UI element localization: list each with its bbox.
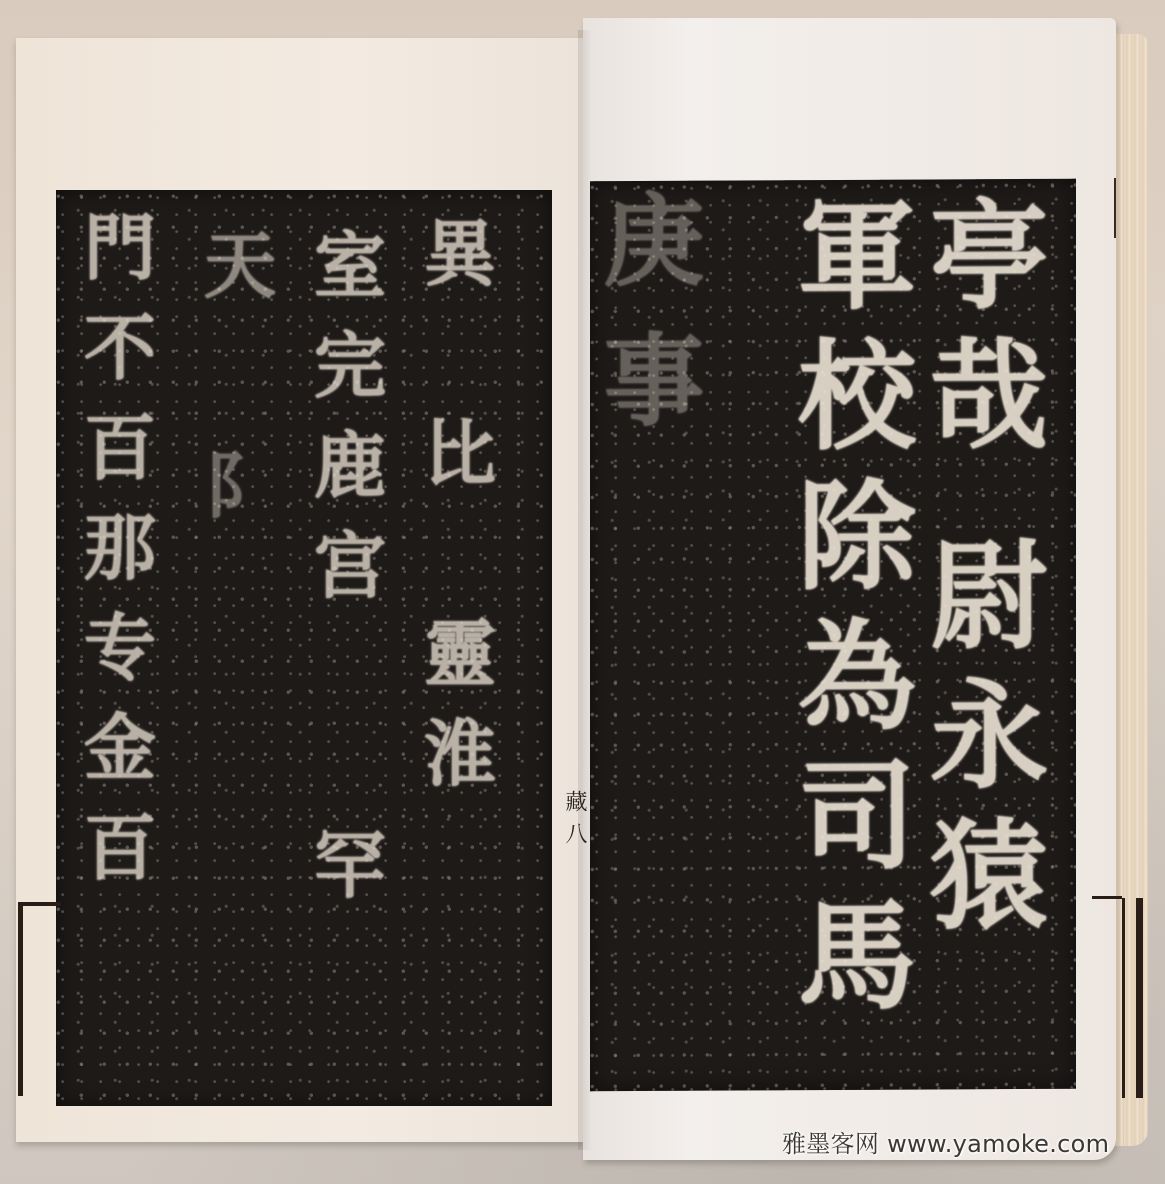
rubbing-glyph: 司 (798, 758, 916, 877)
binding-line (1122, 898, 1125, 1098)
rubbing-glyph: 不 (84, 312, 156, 384)
rubbing-glyph: 靈 (424, 618, 496, 690)
rubbing-glyph: 為 (798, 618, 916, 737)
rubbing-glyph: 亭 (930, 197, 1048, 316)
right-rubbing-panel: 庚 事 軍 校 除 為 司 馬 亭 哉 尉 永 猿 (590, 179, 1076, 1092)
rubbing-glyph: 事 (604, 331, 704, 432)
left-rubbing-panel: 門 不 百 那 专 金 百 天 阝 室 完 鹿 宫 罕 異 比 靈 淮 (56, 190, 552, 1106)
rubbing-glyph: 異 (424, 218, 496, 290)
left-rubbing-column-3: 室 完 鹿 宫 罕 (314, 230, 386, 930)
rubbing-glyph: 軍 (798, 198, 916, 317)
rubbing-glyph: 罕 (314, 830, 386, 902)
rubbing-glyph: 鹿 (314, 430, 386, 502)
right-rubbing-column-faint: 庚 事 (604, 191, 704, 472)
rubbing-glyph: 校 (798, 338, 916, 457)
rubbing-glyph: 室 (314, 230, 386, 302)
rubbing-glyph: 专 (84, 612, 156, 684)
rubbing-glyph: 尉 (930, 537, 1048, 656)
rubbing-glyph: 馬 (798, 898, 916, 1017)
left-rubbing-column-1: 門 不 百 那 专 金 百 (84, 212, 156, 912)
left-rubbing-column-2: 天 阝 (204, 230, 276, 550)
rubbing-glyph: 永 (930, 677, 1048, 796)
rubbing-glyph: 哉 (930, 337, 1048, 456)
spine-mark (1114, 178, 1116, 238)
binding-thread-left (18, 902, 61, 1096)
rubbing-glyph: 宫 (314, 530, 386, 602)
binding-thread-right (1092, 896, 1122, 1101)
rubbing-glyph: 阝 (204, 450, 276, 522)
right-rubbing-second-column: 亭 哉 尉 永 猿 (930, 197, 1048, 958)
page-label: 藏八 (562, 790, 590, 854)
rubbing-glyph: 庚 (604, 191, 704, 292)
rubbing-glyph: 比 (424, 418, 496, 490)
rubbing-glyph: 門 (84, 212, 156, 284)
rubbing-glyph: 金 (84, 712, 156, 784)
rubbing-glyph: 百 (84, 812, 156, 884)
rubbing-glyph: 天 (204, 230, 276, 302)
rubbing-glyph: 完 (314, 330, 386, 402)
binding-line (1136, 898, 1143, 1098)
rubbing-glyph: 猿 (930, 817, 1048, 936)
rubbing-glyph: 淮 (424, 718, 496, 790)
rubbing-glyph: 除 (798, 478, 916, 597)
right-rubbing-main-column: 軍 校 除 為 司 馬 (798, 198, 916, 1039)
watermark: 雅墨客网 www.yamoke.com (782, 1124, 1109, 1159)
rubbing-glyph: 百 (84, 412, 156, 484)
left-rubbing-column-4: 異 比 靈 淮 (424, 218, 496, 818)
rubbing-glyph: 那 (84, 512, 156, 584)
